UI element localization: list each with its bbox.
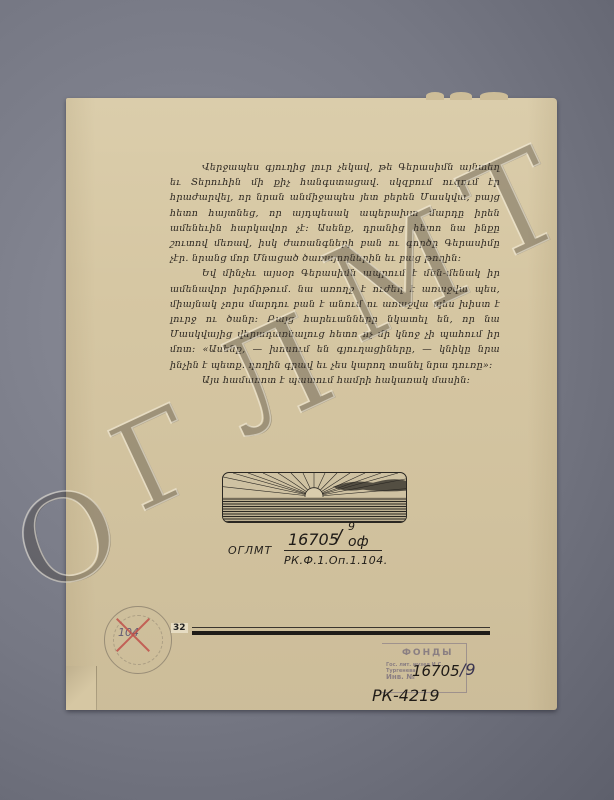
footer-rule-thick [192, 631, 490, 635]
sunset-over-sea-illustration [222, 472, 407, 523]
footer-rule-thin [192, 627, 490, 628]
fund-stamp-title: ФОНДЫ [402, 648, 453, 658]
archive-code-label: ОГЛМТ [228, 544, 272, 557]
sun-rays-icon [223, 473, 406, 497]
body-text: Վերջապես գյուղից լուր չեկավ, թե Գերասիմն… [170, 160, 500, 388]
fund-stamp-number: 16705 [412, 662, 460, 680]
torn-edge [450, 92, 472, 100]
inventory-suffix-bottom: оф [348, 534, 369, 550]
torn-edge [426, 92, 444, 100]
page-number: 32 [171, 623, 188, 633]
fund-stamp-suffix: /9 [460, 660, 476, 679]
inventory-slash: / [336, 526, 342, 547]
paragraph: Այս համառոտ է պատում համրի հակառակ մասին… [170, 373, 500, 388]
fund-reference: РК.Ф.1.Оп.1.104. [284, 554, 388, 567]
fund-stamp-inv-label: Инв. № [386, 673, 415, 681]
inventory-number: 16705 [288, 530, 339, 549]
paragraph: Վերջապես գյուղից լուր չեկավ, թե Գերասիմն… [170, 160, 500, 266]
paragraph: Եվ մինչեւ այսօր Գերասիմն ապրում է մեն-մե… [170, 266, 500, 372]
sea-hatching [223, 497, 406, 522]
fund-stamp-code: РК-4219 [372, 686, 440, 705]
inventory-suffix-top: 9 [348, 520, 355, 533]
torn-edge [480, 92, 508, 100]
document-page: Վերջապես գյուղից լուր չեկավ, թե Գերասիմն… [66, 98, 557, 710]
folded-corner [66, 666, 97, 710]
inventory-underline [284, 550, 382, 551]
